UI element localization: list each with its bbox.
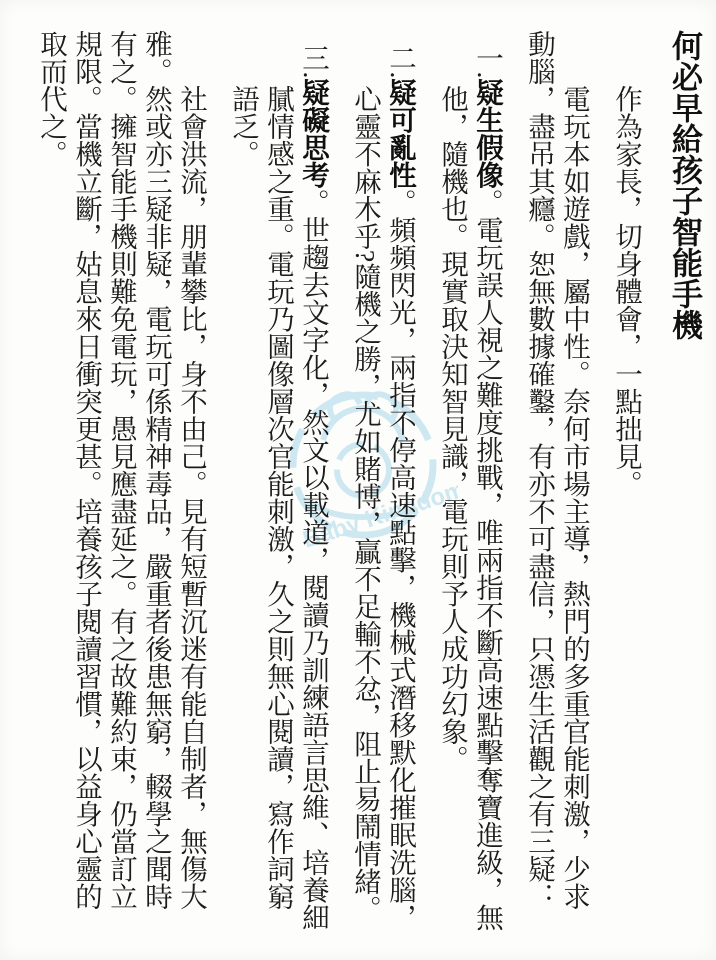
list-marker: 三. xyxy=(298,44,329,78)
list-item-doubt-1: 一.疑生假像。電玩誤人視之難度挑戰，唯兩指不斷高速點擊奪寶進級，無他，隨機也。現… xyxy=(435,30,505,934)
intro-paragraph: 作為家長，切身體會，一點拙見。 xyxy=(609,30,644,934)
list-item-doubt-2: 二.疑可亂性。頻頻閃光，兩指不停高速點擊，機械式潛移默化摧眠洗腦，心靈不麻木乎?… xyxy=(348,30,418,934)
list-body: 。世趨去文字化，然文以載道，閱讀乃訓練語言思維、培養細膩情感之重。電玩乃圖像層次… xyxy=(228,85,329,931)
list-marker: 一. xyxy=(472,44,503,78)
list-heading: 疑生假像 xyxy=(472,78,503,188)
article-body: 何必早給孩子智能手機 作為家長，切身體會，一點拙見。 電玩本如遊戲，屬中性。奈何… xyxy=(0,0,716,960)
list-body: 。頻頻閃光，兩指不停高速點擊，機械式潛移默化摧眠洗腦，心靈不麻木乎?隨機之勝，尤… xyxy=(350,85,416,931)
conclusion-paragraph: 社會洪流，朋輩攀比，身不由己。見有短暫沉迷有能自制者，無傷大雅。然或亦三疑非疑，… xyxy=(34,30,209,934)
list-heading: 疑礙思考 xyxy=(298,78,329,188)
list-marker: 二. xyxy=(385,44,416,78)
scanned-article-page: Baby Kingdom 何必早給孩子智能手機 作為家長，切身體會，一點拙見。 … xyxy=(0,0,716,960)
list-item-doubt-3: 三.疑礙思考。世趨去文字化，然文以載道，閱讀乃訓練語言思維、培養細膩情感之重。電… xyxy=(226,30,331,934)
list-body: 。電玩誤人視之難度挑戰，唯兩指不斷高速點擊奪寶進級，無他，隨機也。現實取決知智見… xyxy=(437,85,503,931)
list-heading: 疑可亂性 xyxy=(385,78,416,188)
context-paragraph: 電玩本如遊戲，屬中性。奈何市場主導，熱門的多重官能刺激，少求動腦，盡吊其癮。恕無… xyxy=(522,30,592,934)
article-title: 何必早給孩子智能手機 xyxy=(664,30,704,934)
